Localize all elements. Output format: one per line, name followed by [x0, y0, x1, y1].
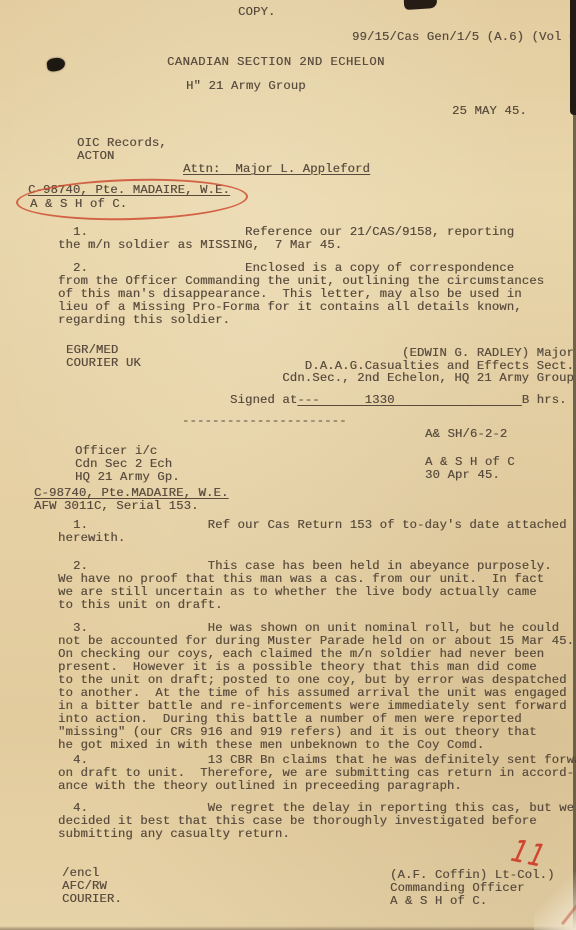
signed-at-line: Signed at--- 1330 B hrs.	[230, 394, 567, 407]
text-line: the m/n soldier as MISSING, 7 Mar 45.	[58, 239, 514, 252]
text-line: COURIER.	[62, 893, 122, 906]
file-reference: 99/15/Cas Gen/1/5 (A.6) (Vol 6	[352, 31, 576, 44]
paragraph-1-reply: 1. Ref our Cas Return 153 of to-day's da…	[58, 519, 567, 545]
from-block: A & S H of C30 Apr 45.	[425, 456, 515, 482]
text-line: ance with the theory outlined in preceed…	[58, 780, 576, 793]
signature-block: (EDWIN G. RADLEY) MajorD.A.A.G.Casualtie…	[282, 347, 574, 385]
text-line: A & S H of C.	[390, 895, 555, 908]
text-line: he got mixed in with these men unbeknown…	[58, 739, 574, 752]
signed-at-label: Signed at	[230, 393, 297, 407]
text-line: (EDWIN G. RADLEY) Major	[282, 347, 574, 360]
paragraph-4-reply: 4. 13 CBR Bn claims that he was definite…	[58, 754, 576, 793]
text-line: 30 Apr 45.	[425, 469, 515, 482]
text-line: 1. Ref our Cas Return 153 of to-day's da…	[58, 519, 567, 532]
signature-block-2: (A.F. Coffin) Lt-Col.)Commanding Officer…	[390, 869, 555, 908]
signed-at-time: --- 1330	[297, 393, 521, 407]
signed-at-suffix: B hrs.	[522, 393, 567, 407]
unit-subheading: H" 21 Army Group	[186, 80, 306, 93]
document-page: COPY. 99/15/Cas Gen/1/5 (A.6) (Vol 6 CAN…	[0, 0, 576, 930]
letter-date: 25 MAY 45.	[452, 105, 527, 118]
routing-block: EGR/MEDCOURIER UK	[66, 344, 141, 370]
text-line: submitting any casualty return.	[58, 828, 574, 841]
text-line: ACTON	[77, 150, 167, 163]
top-edge-mark	[404, 0, 438, 10]
text-line: COURIER UK	[66, 357, 141, 370]
addressee-block-2: Officer i/cCdn Sec 2 EchHQ 21 Army Gp.	[75, 445, 180, 484]
scan-edge-top	[570, 0, 576, 115]
attention-line: Attn: Major L. Appleford	[183, 163, 370, 176]
paragraph-2-reply: 2. This case has been held in abeyance p…	[58, 560, 552, 612]
text-line: herewith.	[58, 532, 567, 545]
text-line: to this unit on draft.	[58, 599, 552, 612]
text-line: Cdn.Sec., 2nd Echelon, HQ 21 Army Group	[282, 372, 574, 385]
copy-label: COPY.	[238, 6, 275, 19]
ink-blot	[46, 57, 66, 72]
scan-edge-bottom	[0, 926, 576, 930]
paragraph-3-reply: 3. He was shown on unit nominal roll, bu…	[58, 622, 574, 752]
enclosure-block: /enclAFC/RWCOURIER.	[62, 867, 122, 906]
paragraph-1: 1. Reference our 21/CAS/9158, reportingt…	[58, 226, 514, 252]
text-line: regarding this soldier.	[58, 314, 544, 327]
text-line: HQ 21 Army Gp.	[75, 471, 180, 484]
subject-form-line: AFW 3011C, Serial 153.	[34, 500, 199, 513]
unit-heading: CANADIAN SECTION 2ND ECHELON	[167, 56, 385, 69]
corner-fold	[534, 872, 576, 930]
paragraph-2: 2. Enclosed is a copy of correspondencef…	[58, 262, 544, 327]
file-code: A& SH/6-2-2	[425, 428, 507, 441]
addressee-block: OIC Records,ACTON	[77, 137, 167, 163]
section-divider: ----------------------	[182, 415, 347, 428]
paragraph-5-reply: 4. We regret the delay in reporting this…	[58, 802, 574, 841]
